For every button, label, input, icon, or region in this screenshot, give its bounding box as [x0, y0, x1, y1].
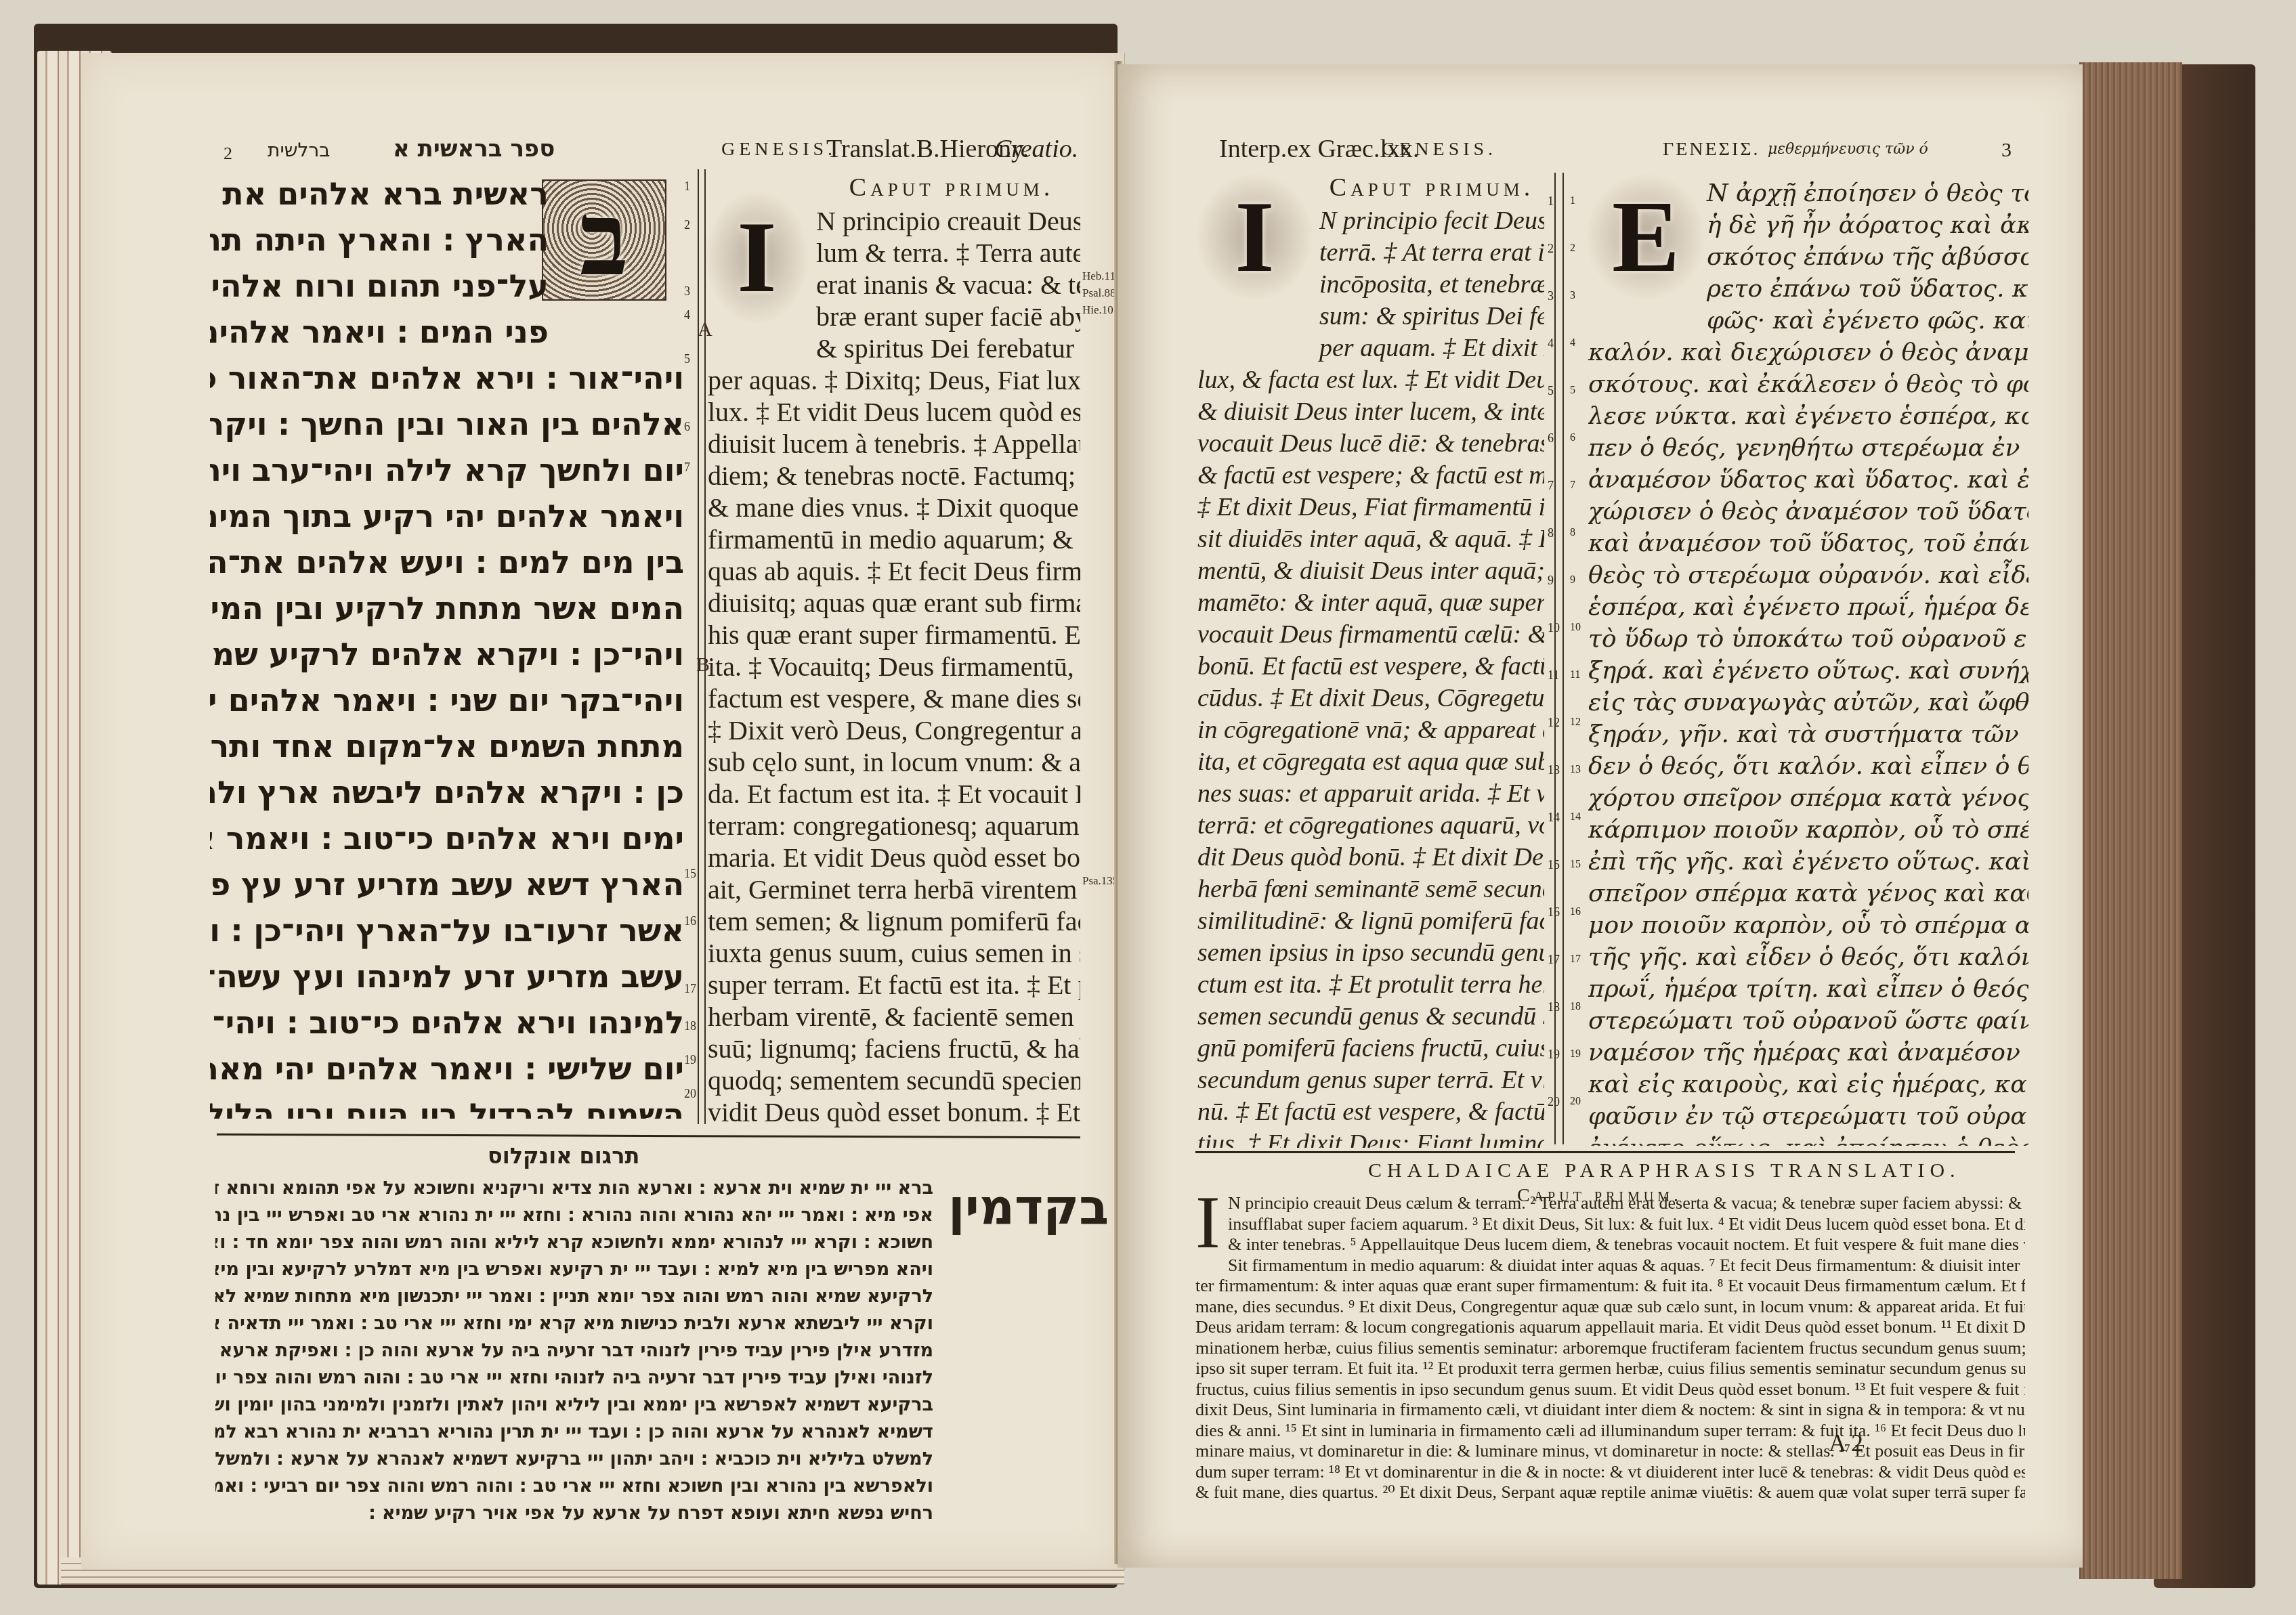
hebrew-line: הארץ דשא עשב מזריע זרע עץ פרי עשה פרי למ… — [210, 861, 684, 907]
latin-lxx-line: nes suas: et apparuit arida. ‡ Et vocaui… — [1197, 778, 1544, 810]
right-running-head-greek-italic: μεθερμήνευσις τῶν ό — [1768, 141, 1928, 158]
latin-line: iuxta genus suum, cuius semen in semetip… — [708, 937, 1080, 969]
verse-number: 19 — [684, 1053, 696, 1067]
verse-number: 4 — [1548, 320, 1568, 367]
greek-line: πεν ὁ θεός, γενηθήτω στερέωμα ἐν μέσῳ το… — [1588, 432, 2028, 464]
latin-lxx-line: vocauit Deus lucē diē: & tenebras vocaui… — [1197, 428, 1544, 460]
latin-lxx-line: sum: & spiritus Dei ferebatur su — [1197, 301, 1544, 332]
verse-number: 17 — [684, 982, 696, 996]
targum-line: ויהא מפריש בין מיא למיא ׃ ועבד ייי ית רק… — [215, 1256, 933, 1283]
left-running-head-creatio: Creatio. — [994, 134, 1078, 164]
latin-line: factum est vespere, & mane dies secundus… — [708, 683, 1080, 714]
hebrew-line: על־פני תהום ורוח אלהים מרחפת על־ — [210, 263, 684, 309]
latin-lxx-line: dit Deus quòd bonū. ‡ Et dixit Deus, Ger… — [1197, 842, 1544, 874]
targum-title: תרגום אונקלוס — [488, 1143, 639, 1169]
greek-line: Ν ἀρχῇ ἐποίησεν ὁ θεὸς τὸν οὐρανὸν καὶ τ… — [1588, 177, 2028, 209]
hebrew-line: המים אשר מתחת לרקיע ובין המים אשר מעל לר… — [210, 585, 684, 631]
left-running-head-hebrew-short: ברלשית — [268, 139, 330, 161]
verse-number: 16 — [684, 914, 696, 928]
latin-lxx-line: semen ipsius in ipso secundū genus super… — [1197, 937, 1544, 969]
greek-line: ναμέσον τῆς ἡμέρας καὶ ἀναμέσον τῆς νυκτ… — [1588, 1037, 2028, 1069]
verse-number: 11 — [1548, 651, 1568, 699]
latin-line: da. Et factum est ita. ‡ Et vocauit Deus… — [708, 778, 1080, 810]
hebrew-line: הארץ ׃ והארץ היתה תהו ובהו וחשך — [210, 217, 684, 263]
latin-line: bræ erant super faciē abyssi: — [708, 301, 1080, 332]
latin-lxx-line: bonū. Et factū est vespere, & factū est … — [1197, 651, 1544, 683]
verse-number: 10 — [1570, 604, 1585, 651]
latin-line: diem; & tenebras noctē. Factumq; est ves… — [708, 460, 1080, 492]
verse-number: 10 — [1548, 604, 1568, 651]
printer-signature-mark: A 2 — [1829, 1429, 1863, 1457]
latin-line: tem semen; & lignum pomiferū faciens fru… — [708, 905, 1080, 937]
greek-line: σπεῖρον σπέρμα κατὰ γένος καὶ καθ᾽ ὁμοιό… — [1588, 878, 2028, 909]
greek-line: χόρτου σπεῖρον σπέρμα κατὰ γένος καὶ καθ… — [1588, 782, 2028, 814]
verse-number: 13 — [1570, 746, 1585, 794]
verse-number: 5 — [1570, 367, 1585, 414]
verse-number: 12 — [1570, 699, 1585, 746]
greek-line: μον ποιοῦν καρπὸν, οὗ τὸ σπέρμα αὐτοῦ ἐν… — [1588, 909, 2028, 941]
latin-lxx-line: herbā fœni seminantē semē secundū genus … — [1197, 874, 1544, 905]
verse-number: 6 — [1548, 414, 1568, 462]
latin-line: per aquas. ‡ Dixitq; Deus, Fiat lux. Et … — [708, 364, 1080, 396]
greek-line: λεσε νύκτα. καὶ ἐγένετο ἑσπέρα, καὶ ἐγέν… — [1588, 400, 2028, 432]
verse-number: 8 — [1570, 509, 1585, 557]
greek-line: ξηρά. καὶ ἐγένετο οὕτως. καὶ συνήχθη τὸ … — [1588, 655, 2028, 687]
verse-number: 18 — [1548, 983, 1568, 1031]
targum-line: חשוכא ׃ וקרא ייי לנהורא יממא ולחשוכא קרא… — [215, 1229, 933, 1256]
latin-line: quodq; sementem secundū speciem suam. Et — [708, 1064, 1080, 1096]
latin-lxx-line: vocauit Deus firmamentū cælū: & vidit De… — [1197, 619, 1544, 651]
verse-number: 5 — [684, 352, 690, 366]
greek-line: θεὸς τὸ στερέωμα οὐρανόν. καὶ εἶδεν ὁ θε… — [1588, 559, 2028, 591]
latin-line: diuisit lucem à tenebris. ‡ Appellauitq;… — [708, 428, 1080, 460]
chaldaic-line: fructus, cuius filius sementis in ipso s… — [1195, 1379, 2025, 1400]
latin-line: lux. ‡ Et vidit Deus lucem quòd esset bo… — [708, 396, 1080, 428]
verse-number: 6 — [684, 420, 690, 434]
latin-line: herbam virentē, & facientē semen iuxta g… — [708, 1001, 1080, 1033]
latin-line: ‡ Dixit verò Deus, Congregentur aquæ quæ — [708, 714, 1080, 746]
verse-number: 20 — [1548, 1078, 1568, 1125]
hebrew-line: השמים להבדיל בין היום ובין הלילה והיו לא… — [210, 1092, 684, 1119]
latin-lxx-line: & factū est vespere; & factū est mane, d… — [1197, 460, 1544, 492]
hebrew-line: עשב מזריע זרע למינהו ועץ עשה־פרי אשר זרע… — [210, 953, 684, 999]
latin-line: super terram. Et factū est ita. ‡ Et pro… — [708, 969, 1080, 1001]
latin-lxx-line: gnū pomiferū faciens fructū, cuius semē … — [1197, 1033, 1544, 1064]
latin-lxx-line: ita, et cōgregata est aqua quæ sub cælo,… — [1197, 746, 1544, 778]
greek-line: κάρπιμον ποιοῦν καρπὸν, οὗ τὸ σπέρμα αὐτ… — [1588, 814, 2028, 846]
latin-lxx-line: nū. ‡ Et factū est vespere, & factū est … — [1197, 1096, 1544, 1128]
chaldaic-line: dixit Deus, Sint luminaria in firmamento… — [1195, 1400, 2025, 1421]
chaldaic-title: CHALDAICAE PARAPHRASIS TRANSLATIO. — [1368, 1159, 1961, 1182]
verse-number: 18 — [684, 1019, 696, 1033]
margin-reference: Psal.88. — [1082, 284, 1119, 302]
latin-lxx-line: in cōgregationē vnā; & appareat arida. E… — [1197, 714, 1544, 746]
hebrew-text-column: ראשית ברא אלהים את השמים ואת הארץ ׃ והאר… — [210, 171, 684, 1119]
verse-number: 9 — [1548, 557, 1568, 604]
hebrew-line: פני המים ׃ ויאמר אלהים יהי־אור — [210, 309, 684, 355]
verse-number: 1 — [1548, 177, 1568, 225]
right-running-head-genesis: GENESIS. — [1382, 139, 1497, 160]
latin-line: his quæ erant super firmamentū. Et factu… — [708, 619, 1080, 651]
verse-number: 16 — [1548, 888, 1568, 936]
verse-number: 2 — [684, 218, 690, 232]
latin-line: vidit Deus quòd esset bonum. ‡ Et factum… — [708, 1096, 1080, 1127]
verse-number: 9 — [1570, 557, 1585, 604]
latin-line: terram: congregationesq; aquarum appella… — [708, 810, 1080, 842]
hebrew-line: ראשית ברא אלהים את השמים ואת — [210, 171, 684, 217]
latin-line: & mane dies vnus. ‡ Dixit quoque Deus, F… — [708, 492, 1080, 523]
column-rule — [1562, 173, 1564, 1144]
chaldaic-text-block: N principio creauit Deus cælum & terram.… — [1195, 1193, 2025, 1511]
latin-line: quas ab aquis. ‡ Et fecit Deus firmament… — [708, 555, 1080, 587]
greek-line: εἰς τὰς συναγωγὰς αὐτῶν, καὶ ὤφθη ἡ ξηρά… — [1588, 687, 2028, 718]
latin-lxx-line: lux, & facta est lux. ‡ Et vidit Deus lu… — [1197, 364, 1544, 396]
latin-lxx-line: similitudinē: & lignū pomiferū faciens f… — [1197, 905, 1544, 937]
hebrew-line: אלהים בין האור ובין החשך ׃ ויקרא אלהים ל… — [210, 401, 684, 447]
verse-number: 12 — [1548, 699, 1568, 746]
verse-number: 14 — [1570, 794, 1585, 841]
verse-number: 5 — [1548, 367, 1568, 414]
greek-line: σκότους. καὶ ἐκάλεσεν ὁ θεὸς τὸ φῶς ἡμέρ… — [1588, 368, 2028, 400]
latin-lxx-column: Caput primum. N principio fecit Deus cæl… — [1197, 173, 1544, 1148]
greek-line: ἐγένετο οὕτως. καὶ ἐποίησεν ὁ θεὸς τοὺς … — [1588, 1132, 2028, 1146]
greek-line: φαῦσιν ἐν τῷ στερεώματι τοῦ οὐρανοῦ, ὥστ… — [1588, 1100, 2028, 1132]
latin-lxx-line: ctum est ita. ‡ Et protulit terra herbā … — [1197, 969, 1544, 1001]
latin-lxx-line: per aquam. ‡ Et dixit Deus, Fiat — [1197, 332, 1544, 364]
chaldaic-line: dum super terram: ¹⁸ Et vt dominarentur … — [1195, 1462, 2025, 1483]
latin-line: lum & terra. ‡ Terra autem — [708, 237, 1080, 269]
hebrew-line: ימים וירא אלהים כי־טוב ׃ ויאמר אלהים תדש… — [210, 815, 684, 861]
latin-line: ait, Germinet terra herbā virentem & fac… — [708, 874, 1080, 905]
hebrew-line: יום ולחשך קרא לילה ויהי־ערב ויהי־בקר יום… — [210, 447, 684, 493]
verse-number: 19 — [1570, 1031, 1585, 1078]
greek-line: χώρισεν ὁ θεὸς ἀναμέσον τοῦ ὕδατος, ὃ ἦν… — [1588, 496, 2028, 527]
targum-line: לרקיעא שמיא והוה רמש והוה צפר יומא תניין… — [215, 1283, 933, 1310]
chaldaic-line: mane, dies secundus. ⁹ Et dixit Deus, Co… — [1195, 1297, 2025, 1318]
latin-line: ita. ‡ Vocauitq; Deus firmamentū, cælum:… — [708, 651, 1080, 683]
hebrew-line: ויהי־אור ׃ וירא אלהים את־האור כי־טוב ויב… — [210, 355, 684, 401]
verse-number: 1 — [1570, 177, 1585, 225]
hebrew-line: יום שלישי ׃ ויאמר אלהים יהי מארת ברקיע — [210, 1046, 684, 1092]
hebrew-line: ויאמר אלהים יהי רקיע בתוך המים ויהי מבדי… — [210, 493, 684, 539]
verse-number-rail: 1 2 3 4 5 6 7 8 9 10 11 12 13 14 15 16 1… — [1548, 177, 1568, 1146]
verse-number: 2 — [1570, 225, 1585, 272]
greek-line: καὶ ἀναμέσον τοῦ ὕδατος, τοῦ ἐπάνω τοῦ σ… — [1588, 527, 2028, 559]
greek-line: σκότος ἐπάνω τῆς ἀβύσσου. καὶ πνεῦμα θεο… — [1588, 241, 2028, 273]
hebrew-line: כן ׃ ויקרא אלהים ליבשה ארץ ולמקוה המים ק… — [210, 769, 684, 815]
latin-line: maria. Et vidit Deus quòd esset bonum. ‡… — [708, 842, 1080, 874]
verse-number: 14 — [1548, 794, 1568, 841]
hebrew-line: ויהי־כן ׃ ויקרא אלהים לרקיע שמים ויהי־ער… — [210, 631, 684, 677]
latin-lxx-line: terrā. ‡ At terra erat inuisibilis et — [1197, 237, 1544, 269]
targum-line: רחיש נפשא חיתא ועופא דפרח על ארעא על אפי… — [215, 1500, 933, 1527]
targum-text-block: ברא ייי ית שמיא וית ארעא ׃ וארעא הות צדי… — [215, 1175, 933, 1541]
targum-line: אפי מיא ׃ ואמר ייי יהא נהורא והוה נהורא … — [215, 1202, 933, 1229]
greek-line: ἐπὶ τῆς γῆς. καὶ ἐγένετο οὕτως. καὶ ἐξήν… — [1588, 846, 2028, 878]
verse-number: 20 — [1570, 1078, 1585, 1125]
verse-number: 4 — [1570, 320, 1585, 367]
chaldaic-line: Deus aridam terram: & locum congregation… — [1195, 1317, 2025, 1338]
chaldaic-line: minationem herbæ, cuius filius sementis … — [1195, 1338, 2025, 1359]
verse-number: 19 — [1548, 1031, 1568, 1078]
latin-lxx-line: semen secundū genus & secundū similitudi… — [1197, 1001, 1544, 1033]
verse-number: 18 — [1570, 983, 1585, 1031]
greek-line: καὶ εἰς καιροὺς, καὶ εἰς ἡμέρας, καὶ εἰς… — [1588, 1069, 2028, 1100]
latin-lxx-line: terrā: et cōgregationes aquarū, vocauit … — [1197, 810, 1544, 842]
latin-line: N principio creauit Deus cæ- — [708, 205, 1080, 237]
verse-number: 15 — [1570, 841, 1585, 888]
verse-number: 3 — [1548, 272, 1568, 320]
greek-line: ρετο ἐπάνω τοῦ ὕδατος. καὶ εἶπεν ὁ θεός,… — [1588, 273, 2028, 305]
verse-number: 1 — [684, 179, 690, 194]
verse-number: 8 — [1548, 509, 1568, 557]
greek-septuagint-column: Ν ἀρχῇ ἐποίησεν ὁ θεὸς τὸν οὐρανὸν καὶ τ… — [1588, 177, 2028, 1146]
greek-line: πρωΐ, ἡμέρα τρίτη. καὶ εἶπεν ὁ θεός, γεν… — [1588, 973, 2028, 1005]
chaldaic-line: Sit firmamentum in medio aquarum: & diui… — [1195, 1255, 2025, 1276]
left-running-head-genesis: GENESIS. — [721, 139, 836, 160]
verse-number: 6 — [1570, 414, 1585, 462]
targum-line: ברקיעא דשמיא לאפרשא בין יממא ובין ליליא … — [215, 1392, 933, 1419]
targum-line: לזנוהי ואילן עביד פירין דבר זרעיה ביה לז… — [215, 1364, 933, 1392]
chaldaic-line: N principio creauit Deus cælum & terram.… — [1195, 1193, 2025, 1214]
greek-line: τὸ ὕδωρ τὸ ὑποκάτω τοῦ οὐρανοῦ εἰς συναγ… — [1588, 623, 2028, 655]
verse-number: 3 — [1570, 272, 1585, 320]
left-page-number: 2 — [224, 144, 232, 164]
verse-number: 17 — [1570, 936, 1585, 983]
chaldaic-line: & fuit mane, dies quartus. ²⁰ Et dixit D… — [1195, 1482, 2025, 1503]
chaldaic-line: ipso sit super terram. Et fuit ita. ¹² E… — [1195, 1358, 2025, 1379]
latin-lxx-line: & diuisit Deus inter lucem, & inter tene… — [1197, 396, 1544, 428]
column-rule — [1554, 173, 1556, 1144]
chaldaic-line: & inter tenebras. ⁵ Appellauitque Deus l… — [1195, 1234, 2025, 1255]
chaldaic-line: minare maius, vt dominaretur in die: & l… — [1195, 1441, 2025, 1462]
hebrew-line: למינהו וירא אלהים כי־טוב ׃ ויהי־ערב ויהי… — [210, 999, 684, 1046]
latin-line: firmamentū in medio aquarum; & diuidat a… — [708, 523, 1080, 555]
verse-number: 13 — [1548, 746, 1568, 794]
targum-line: למשלט בליליא וית כוכביא ׃ ויהב יתהון ייי… — [215, 1446, 933, 1473]
latin-line: diuisitq; aquas quæ erant sub firmamento… — [708, 587, 1080, 619]
greek-line: ἀναμέσον ὕδατος καὶ ὕδατος. καὶ ἐποίησεν… — [1588, 464, 2028, 496]
targum-line: וקרא ייי ליבשתא ארעא ולבית כנישות מיא קר… — [215, 1310, 933, 1337]
latin-lxx-line: secundum genus super terrā. Et vidit Deu… — [1197, 1064, 1544, 1096]
latin-lxx-line: mamēto: & inter aquā, quæ super firmamen… — [1197, 587, 1544, 619]
latin-line: sub cęlo sunt, in locum vnum: & appareat… — [708, 746, 1080, 778]
targum-initial-word: בקדמין — [948, 1178, 1109, 1235]
verse-number: 15 — [1548, 841, 1568, 888]
targum-line: מזדרע אילן פירין עביד פירין לזנוהי דבר ז… — [215, 1337, 933, 1364]
verse-number: 7 — [684, 460, 690, 475]
greek-line: ἡ δὲ γῆ ἦν ἀόρατος καὶ ἀκατασκεύαστος· κ… — [1588, 209, 2028, 241]
right-fore-edge — [2079, 62, 2182, 1579]
greek-line: ἑσπέρα, καὶ ἐγένετο πρωΐ, ἡμέρα δευτέρα.… — [1588, 591, 2028, 623]
verse-number: 4 — [684, 308, 690, 322]
verse-number: 16 — [1570, 888, 1585, 936]
latin-lxx-line: tius. ‡ Et dixit Deus: Fiant luminaria i… — [1197, 1128, 1544, 1148]
latin-line: & spiritus Dei ferebatur su- — [708, 332, 1080, 364]
hebrew-line: ויהי־בקר יום שני ׃ ויאמר אלהים יקוו המים — [210, 677, 684, 723]
latin-lxx-line: sit diuidēs inter aquā, & aquā. ‡ Et fec… — [1197, 523, 1544, 555]
latin-line: suū; lignumq; faciens fructū, & habens v… — [708, 1033, 1080, 1064]
verse-number: 3 — [684, 284, 690, 299]
verse-number: 7 — [1570, 462, 1585, 509]
greek-line: ξηράν, γῆν. καὶ τὰ συστήματα τῶν ὑδάτων … — [1588, 718, 2028, 750]
hebrew-line: מתחת השמים אל־מקום אחד ותראה היבשה ויהי־ — [210, 723, 684, 769]
latin-lxx-line: cūdus. ‡ Et dixit Deus, Cōgregetur aqua … — [1197, 683, 1544, 714]
latin-vulgate-column: Caput primum. N principio creauit Deus c… — [708, 173, 1080, 1127]
verse-number: 7 — [1548, 462, 1568, 509]
latin-lxx-line: N principio fecit Deus cælum & — [1197, 205, 1544, 237]
verse-number: 15 — [684, 867, 696, 881]
column-rule — [698, 169, 699, 1124]
latin-lxx-line: ‡ Et dixit Deus, Fiat firmamentū in medi… — [1197, 492, 1544, 523]
left-running-head-hebrew: ספר בראשית א — [393, 135, 555, 163]
targum-line: דשמיא לאנהרא על ארעא והוה כן ׃ ועבד ייי … — [215, 1419, 933, 1446]
verse-number: 2 — [1548, 225, 1568, 272]
chaldaic-line: dies & anni. ¹⁵ Et sint in luminaria in … — [1195, 1421, 2025, 1442]
greek-line: στερεώματι τοῦ οὐρανοῦ ὥστε φαίνειν ἐπὶ … — [1588, 1005, 2028, 1037]
right-running-head-greek: ΓΕΝΕΣΙΣ. — [1663, 139, 1760, 160]
section-divider — [1195, 1151, 2015, 1153]
hebrew-line: אשר זרעו־בו על־הארץ ויהי־כן ׃ ותוצא הארץ… — [210, 907, 684, 953]
verse-number: 11 — [1570, 651, 1585, 699]
chapter-heading: Caput primum. — [1197, 173, 1544, 202]
latin-line: erat inanis & vacua: & tene- — [708, 269, 1080, 301]
chapter-heading: Caput primum. — [708, 173, 1080, 202]
hebrew-line: בין מים למים ׃ ויעש אלהים את־הרקיע ויבדל… — [210, 539, 684, 585]
targum-line: ולאפרשא בין נהורא ובין חשוכא וחזא ייי אר… — [215, 1473, 933, 1500]
verse-number: 20 — [684, 1087, 696, 1101]
chaldaic-line: ter firmamentum: & inter aquas quæ erant… — [1195, 1276, 2025, 1297]
chaldaic-line: insufflabat super faciem aquarum. ³ Et d… — [1195, 1214, 2025, 1235]
greek-verse-number-rail: 1 2 3 4 5 6 7 8 9 10 11 12 13 14 15 16 1… — [1570, 177, 1585, 1146]
greek-line: δεν ὁ θεός, ὅτι καλόν. καὶ εἶπεν ὁ θεός,… — [1588, 750, 2028, 782]
greek-line: φῶς· καὶ ἐγένετο φῶς. καὶ εἶδεν ὁ θεὸς τ… — [1588, 305, 2028, 337]
targum-line: ברא ייי ית שמיא וית ארעא ׃ וארעא הות צדי… — [215, 1175, 933, 1202]
right-page-number: 3 — [2001, 139, 2012, 162]
latin-lxx-line: mentū, & diuisit Deus inter aquā; quæ er… — [1197, 555, 1544, 587]
verse-number: 17 — [1548, 936, 1568, 983]
greek-line: τῆς γῆς. καὶ εἶδεν ὁ θεός, ὅτι καλόν. κα… — [1588, 941, 2028, 973]
latin-lxx-line: incōposita, et tenebræ super abys- — [1197, 269, 1544, 301]
greek-line: καλόν. καὶ διεχώρισεν ὁ θεὸς ἀναμέσον το… — [1588, 337, 2028, 368]
